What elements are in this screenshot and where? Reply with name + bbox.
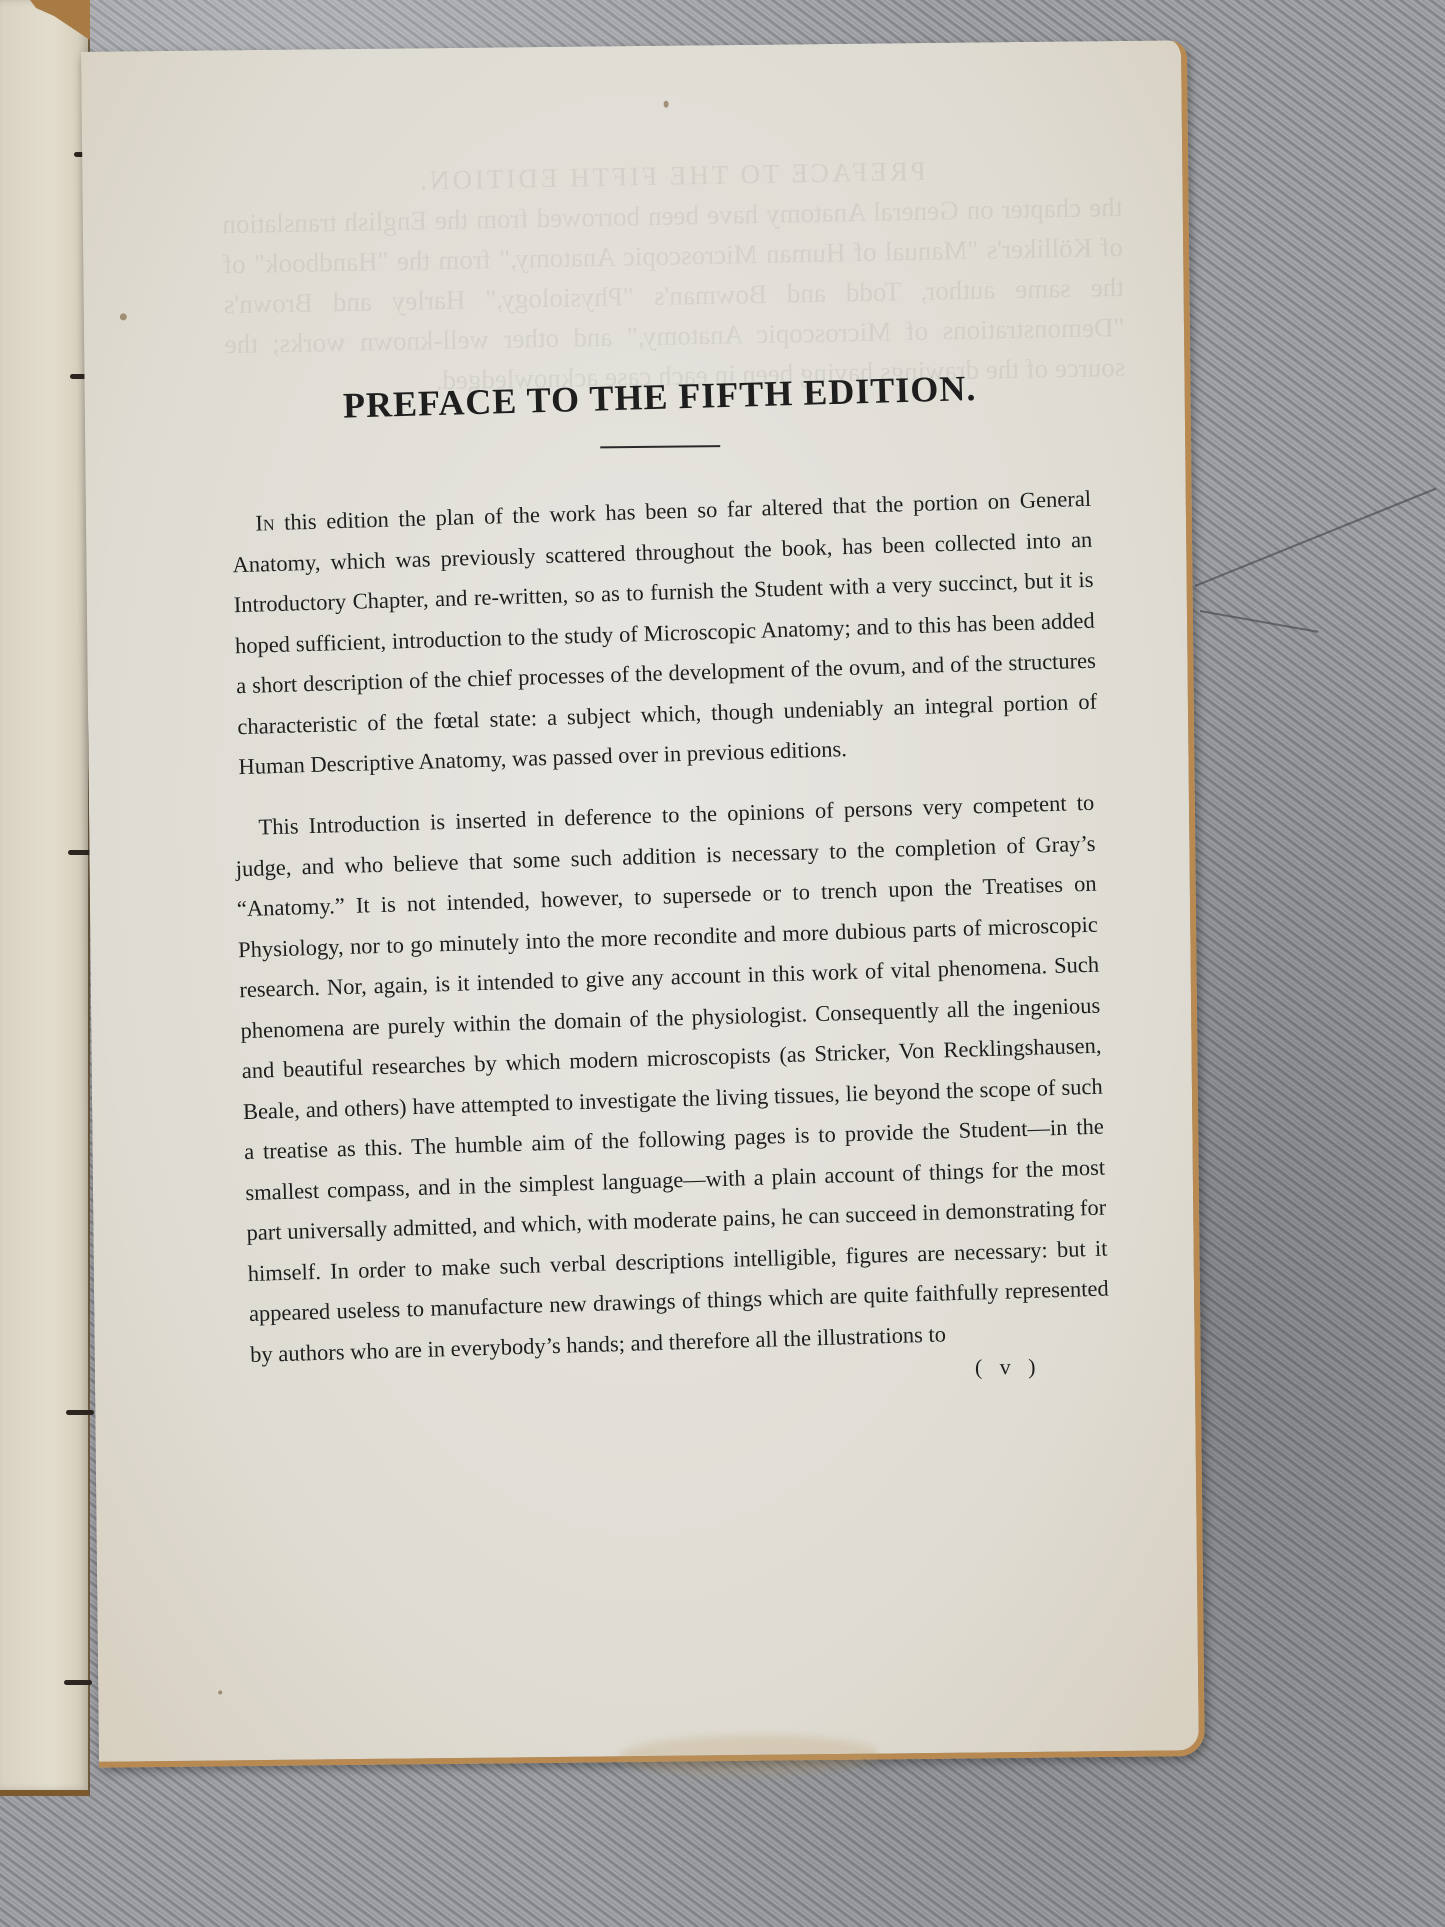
paragraph-2: This Introduction is inserted in deferen… <box>234 782 1110 1374</box>
facing-left-page <box>0 0 90 1796</box>
foxing-spot <box>218 1690 222 1694</box>
paragraph-1-lead: In <box>255 510 275 536</box>
surface-vein <box>1195 488 1437 587</box>
foxing-spot <box>120 313 127 320</box>
foxing-spot <box>664 101 669 108</box>
surface-vein <box>1200 610 1319 633</box>
title-rule <box>600 445 720 448</box>
torn-page-corner <box>30 0 90 40</box>
binding-stitch <box>66 1410 94 1415</box>
binding-stitch <box>64 1680 92 1685</box>
paragraph-1-text: this edition the plan of the work has be… <box>232 486 1097 779</box>
book-page: PREFACE TO THE FIFTH EDITION. the chapte… <box>81 40 1205 1767</box>
page-number: ( v ) <box>975 1354 1042 1381</box>
page-content: PREFACE TO THE FIFTH EDITION. In this ed… <box>229 371 1100 1394</box>
paragraph-1: In this edition the plan of the work has… <box>231 479 1099 788</box>
water-stain <box>619 1734 879 1777</box>
paragraph-2-text: This Introduction is inserted in deferen… <box>235 789 1109 1366</box>
